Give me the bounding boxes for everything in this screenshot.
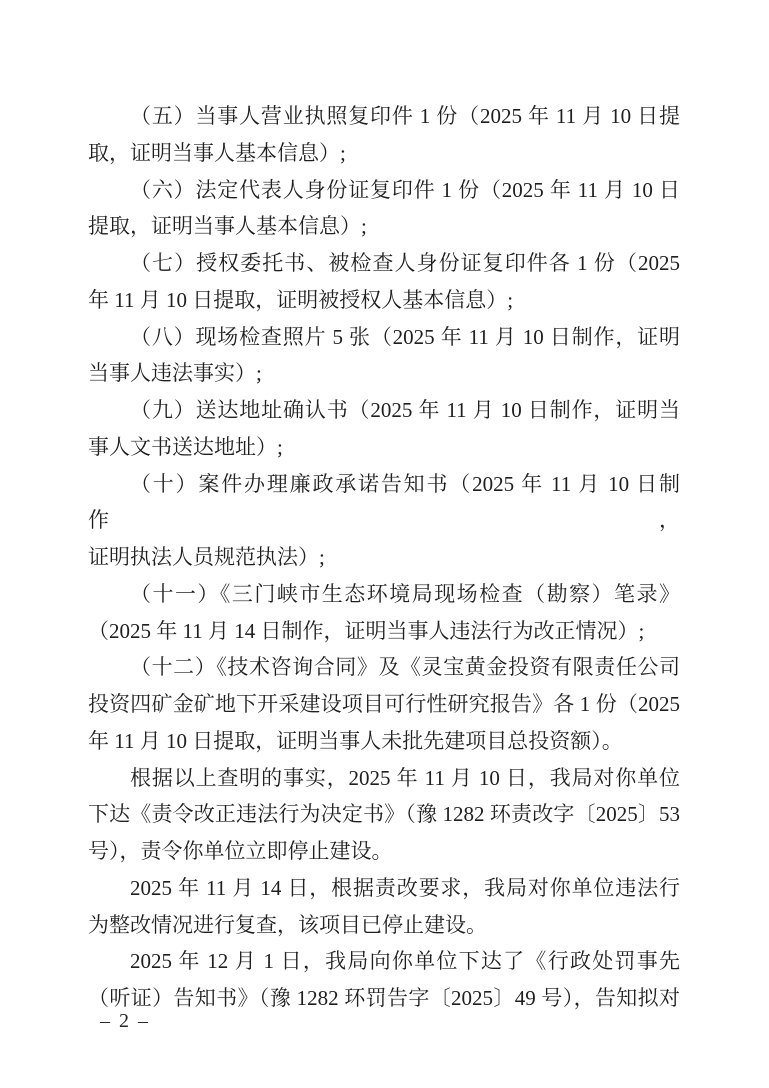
text-line: 2025 年 12 月 1 日，我局向你单位下达了《行政处罚事先	[88, 943, 680, 980]
text-line: （2025 年 11 月 14 日制作，证明当事人违法行为改正情况）;	[88, 613, 680, 650]
text-line: （五）当事人营业执照复印件 1 份（2025 年 11 月 10 日提	[88, 98, 680, 135]
text-line: 2025 年 11 月 14 日，根据责改要求，我局对你单位违法行	[88, 870, 680, 907]
text-line: 年 11 月 10 日提取，证明当事人未批先建项目总投资额）。	[88, 723, 680, 760]
text-line: 投资四矿金矿地下开采建设项目可行性研究报告》各 1 份（2025	[88, 686, 680, 723]
text-line: 根据以上查明的事实，2025 年 11 月 10 日，我局对你单位	[88, 760, 680, 797]
text-line: （八）现场检查照片 5 张（2025 年 11 月 10 日制作，证明	[88, 319, 680, 356]
text-line: 提取，证明当事人基本信息）;	[88, 208, 680, 245]
text-line: （十）案件办理廉政承诺告知书（2025 年 11 月 10 日制作，	[88, 466, 680, 540]
text-line: （十二）《技术咨询合同》及《灵宝黄金投资有限责任公司	[88, 649, 680, 686]
text-line: 为整改情况进行复查，该项目已停止建设。	[88, 907, 680, 944]
text-line: 年 11 月 10 日提取，证明被授权人基本信息）;	[88, 282, 680, 319]
text-line: 取，证明当事人基本信息）;	[88, 135, 680, 172]
page-number: – 2 –	[100, 1010, 150, 1033]
text-line: 证明执法人员规范执法）;	[88, 539, 680, 576]
text-line: 事人文书送达地址）;	[88, 429, 680, 466]
text-line: （听证）告知书》（豫 1282 环罚告字〔2025〕49 号），告知拟对	[88, 980, 680, 1017]
text-line: （九）送达地址确认书（2025 年 11 月 10 日制作，证明当	[88, 392, 680, 429]
document-page: （五）当事人营业执照复印件 1 份（2025 年 11 月 10 日提取，证明当…	[0, 0, 769, 1088]
text-line: 下达《责令改正违法行为决定书》（豫 1282 环责改字〔2025〕53	[88, 796, 680, 833]
text-line: 当事人违法事实）;	[88, 355, 680, 392]
text-line: （六）法定代表人身份证复印件 1 份（2025 年 11 月 10 日	[88, 172, 680, 209]
document-body: （五）当事人营业执照复印件 1 份（2025 年 11 月 10 日提取，证明当…	[88, 98, 680, 1017]
text-line: （七）授权委托书、被检查人身份证复印件各 1 份（2025	[88, 245, 680, 282]
text-line: （十一）《三门峡市生态环境局现场检查（勘察）笔录》	[88, 576, 680, 613]
text-line: 号），责令你单位立即停止建设。	[88, 833, 680, 870]
